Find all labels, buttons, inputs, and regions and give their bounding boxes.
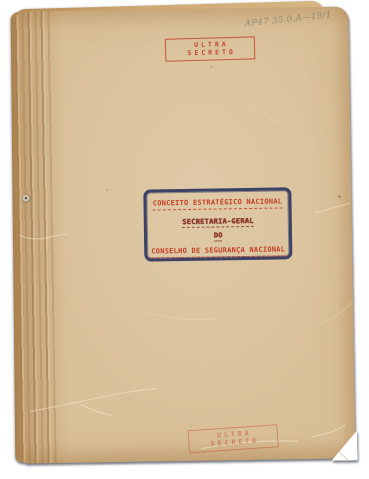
title-stamp-line-2: SECRETARIA-GERAL bbox=[182, 216, 254, 228]
scan-background: { "annotation": { "text": "AP47 35.0,A—1… bbox=[0, 0, 369, 479]
ultra-secreto-stamp-bottom: ULTRA SECRETO bbox=[188, 424, 279, 453]
ultra-secreto-stamp-top: ULTRA SECRETO bbox=[165, 36, 256, 62]
stamp-word-secreto: SECRETO bbox=[166, 48, 254, 59]
title-stamp-line-4: CONSELHO DE SEGURANÇA NACIONAL bbox=[151, 246, 285, 259]
handwritten-annotation: AP47 35.0,A—19/1 bbox=[244, 7, 362, 29]
title-stamp-line-1: CONCEITO ESTRATÉGICO NACIONAL bbox=[153, 197, 283, 210]
title-stamp-line-3: DO bbox=[213, 232, 222, 242]
torn-corner bbox=[331, 430, 357, 460]
scanned-document: AP47 35.0,A—19/1 ULTRA SECRETO CONCEITO … bbox=[0, 0, 369, 479]
title-stamp-box: CONCEITO ESTRATÉGICO NACIONAL SECRETARIA… bbox=[143, 187, 292, 261]
binding-eyelet bbox=[22, 194, 30, 202]
document-cover: AP47 35.0,A—19/1 ULTRA SECRETO CONCEITO … bbox=[14, 6, 355, 463]
